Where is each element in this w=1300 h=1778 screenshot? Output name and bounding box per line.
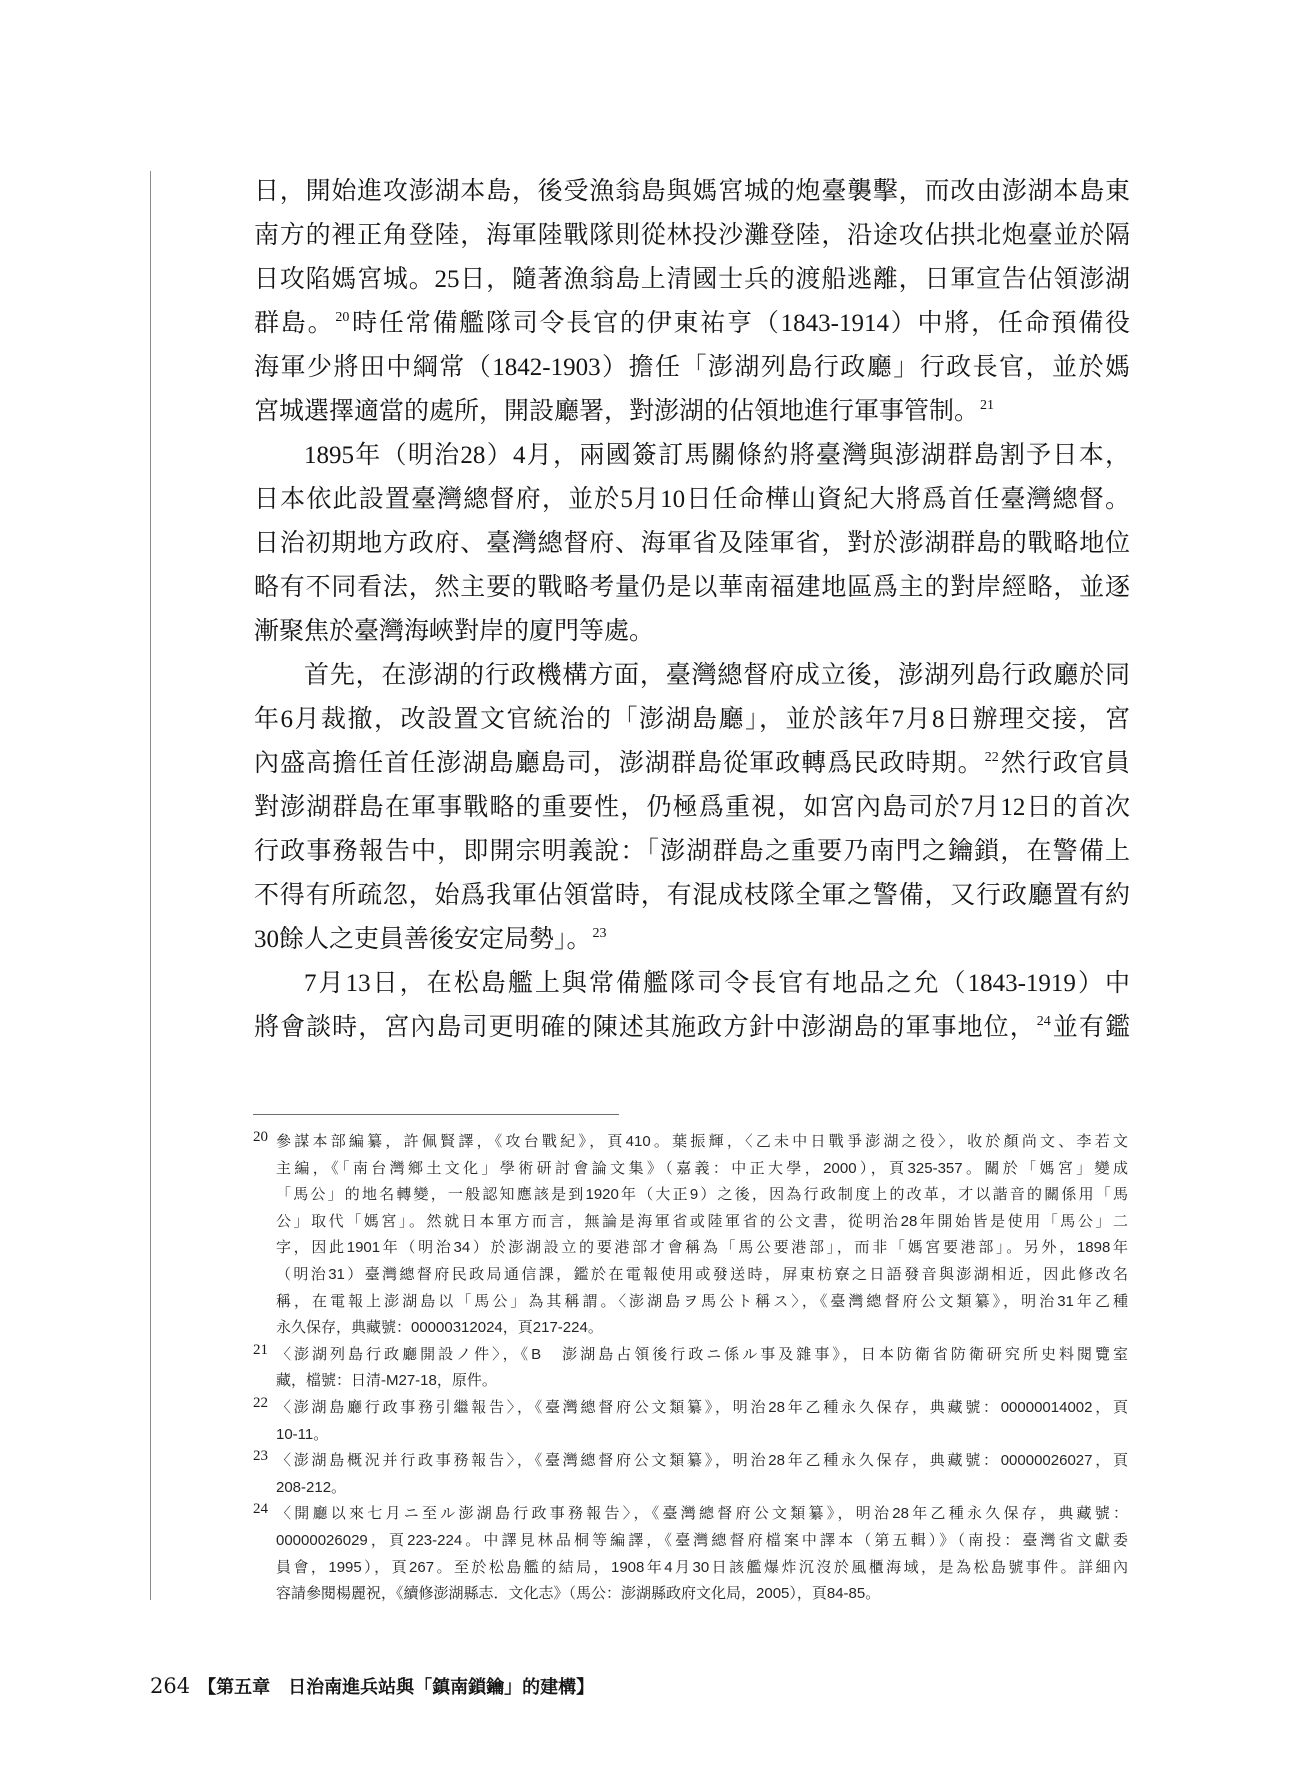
paragraph: 1895年（明治28）4月，兩國簽訂馬關條約將臺灣與澎湖群島割予日本， 日本依此…: [254, 434, 1130, 654]
body-line: 宮城選擇適當的處所，開設廳署，對澎湖的佔領地進行軍事管制。21: [254, 390, 1130, 434]
footnotes: 20 參謀本部編纂，許佩賢譯，《攻台戰紀》，頁410。葉振輝，〈乙未中日戰爭澎湖…: [253, 1129, 1130, 1608]
footnote-line: 參謀本部編纂，許佩賢譯，《攻台戰紀》，頁410。葉振輝，〈乙未中日戰爭澎湖之役〉…: [276, 1129, 1128, 1156]
paragraph: 首先，在澎湖的行政機構方面，臺灣總督府成立後，澎湖列島行政廳於同 年6月裁撤，改…: [254, 654, 1130, 962]
footnote-line: 稱，在電報上澎湖島以「馬公」為其稱謂。〈澎湖島ヲ馬公ト稱ス〉，《臺灣總督府公文類…: [276, 1289, 1128, 1316]
footnote-ref: 23: [593, 926, 607, 941]
footnote-line: 主編，《「南台灣鄉土文化」學術研討會論文集》（嘉義：中正大學，2000），頁32…: [276, 1156, 1128, 1183]
body-line: 海軍少將田中綱常（1842-1903）擔任「澎湖列島行政廳」行政長官，並於媽: [254, 346, 1130, 390]
footnote-text: 〈澎湖列島行政廳開設ノ件〉，《B 澎湖島占領後行政ニ係ル事及雜事》，日本防衛省防…: [276, 1342, 1128, 1395]
body-line: 行政事務報告中，即開宗明義說：「澎湖群島之重要乃南門之鑰鎖，在警備上: [254, 830, 1130, 874]
footnote-text: 〈開廳以來七月ニ至ル澎湖島行政事務報告〉，《臺灣總督府公文類纂》，明治28年乙種…: [276, 1501, 1128, 1607]
body-line: 1895年（明治28）4月，兩國簽訂馬關條約將臺灣與澎湖群島割予日本，: [254, 434, 1130, 478]
line-text: 將會談時，宮內島司更明確的陳述其施政方針中澎湖島的軍事地位，: [254, 1014, 1036, 1041]
footnote-number: 22: [253, 1390, 276, 1417]
footnote-text: 參謀本部編纂，許佩賢譯，《攻台戰紀》，頁410。葉振輝，〈乙未中日戰爭澎湖之役〉…: [276, 1129, 1128, 1342]
running-title: 【第五章 日治南進兵站與「鎮南鎖鑰」的建構】: [198, 1677, 594, 1697]
body-line: 略有不同看法，然主要的戰略考量仍是以華南福建地區爲主的對岸經略，並逐: [254, 566, 1130, 610]
footnote-number: 21: [253, 1337, 276, 1364]
footnote-line: 永久保存，典藏號：00000312024，頁217-224。: [276, 1315, 1128, 1342]
footnote-ref: 22: [985, 750, 999, 765]
body-line: 漸聚焦於臺灣海峽對岸的廈門等處。: [254, 610, 1130, 654]
body-line: 日，開始進攻澎湖本島，後受漁翁島與媽宮城的炮臺襲擊，而改由澎湖本島東: [254, 170, 1130, 214]
footnote-line: 〈澎湖島廳行政事務引繼報告〉，《臺灣總督府公文類纂》，明治28年乙種永久保存，典…: [276, 1395, 1128, 1422]
body-line: 不得有所疏忽，始爲我軍佔領當時，有混成枝隊全軍之警備，又行政廳置有約: [254, 874, 1130, 918]
body-line: 7月13日，在松島艦上與常備艦隊司令長官有地品之允（1843-1919）中: [254, 962, 1130, 1006]
paragraph: 日，開始進攻澎湖本島，後受漁翁島與媽宮城的炮臺襲擊，而改由澎湖本島東 南方的裡正…: [254, 170, 1130, 434]
footnote: 20 參謀本部編纂，許佩賢譯，《攻台戰紀》，頁410。葉振輝，〈乙未中日戰爭澎湖…: [253, 1129, 1130, 1342]
line-text: 然行政官員: [1000, 750, 1130, 777]
footnote-line: 員會，1995），頁267。至於松島艦的結局，1908年4月30日該艦爆炸沉沒於…: [276, 1555, 1128, 1582]
margin-rule: [150, 171, 151, 1600]
line-text: 內盛高擔任首任澎湖島廳島司，澎湖群島從軍政轉爲民政時期。: [254, 750, 984, 777]
footnote-line: 「馬公」的地名轉變，一般認知應該是到1920年（大正9）之後，因為行政制度上的改…: [276, 1182, 1128, 1209]
page-footer: 264【第五章 日治南進兵站與「鎮南鎖鑰」的建構】: [150, 1671, 594, 1701]
line-text: 30餘人之吏員善後安定局勢」。: [254, 926, 592, 953]
body-line: 首先，在澎湖的行政機構方面，臺灣總督府成立後，澎湖列島行政廳於同: [254, 654, 1130, 698]
footnote-line: （明治31）臺灣總督府民政局通信課，鑑於在電報使用或發送時，屏東枋寮之日語發音與…: [276, 1262, 1128, 1289]
footnote-line: 〈澎湖島概況并行政事務報告〉，《臺灣總督府公文類纂》，明治28年乙種永久保存，典…: [276, 1448, 1128, 1475]
footnote-ref: 21: [980, 398, 994, 413]
body-line: 日攻陷媽宮城。25日，隨著漁翁島上清國士兵的渡船逃離，日軍宣告佔領澎湖: [254, 258, 1130, 302]
line-text: 並有鑑: [1052, 1014, 1130, 1041]
footnote: 22 〈澎湖島廳行政事務引繼報告〉，《臺灣總督府公文類纂》，明治28年乙種永久保…: [253, 1395, 1130, 1448]
footnote: 23 〈澎湖島概況并行政事務報告〉，《臺灣總督府公文類纂》，明治28年乙種永久保…: [253, 1448, 1130, 1501]
footnote: 21 〈澎湖列島行政廳開設ノ件〉，《B 澎湖島占領後行政ニ係ル事及雜事》，日本防…: [253, 1342, 1130, 1395]
footnote-ref: 20: [335, 310, 349, 325]
footnote-line: 〈開廳以來七月ニ至ル澎湖島行政事務報告〉，《臺灣總督府公文類纂》，明治28年乙種…: [276, 1501, 1128, 1528]
footnote: 24 〈開廳以來七月ニ至ル澎湖島行政事務報告〉，《臺灣總督府公文類纂》，明治28…: [253, 1501, 1130, 1607]
line-text: 宮城選擇適當的處所，開設廳署，對澎湖的佔領地進行軍事管制。: [254, 398, 979, 425]
footnote-line: 字，因此1901年（明治34）於澎湖設立的要港部才會稱為「馬公要港部」，而非「媽…: [276, 1235, 1128, 1262]
footnote-ref: 24: [1037, 1014, 1051, 1029]
footnote-line: 208-212。: [276, 1475, 1128, 1502]
footnote-text: 〈澎湖島概況并行政事務報告〉，《臺灣總督府公文類纂》，明治28年乙種永久保存，典…: [276, 1448, 1128, 1501]
line-text: 群島。: [254, 310, 334, 337]
footnote-line: 藏，檔號：日清-M27-18，原件。: [276, 1368, 1128, 1395]
line-text: 時任常備艦隊司令長官的伊東祐亨（1843-1914）中將，任命預備役: [350, 310, 1130, 337]
body-line: 將會談時，宮內島司更明確的陳述其施政方針中澎湖島的軍事地位，24並有鑑: [254, 1006, 1130, 1050]
footnote-line: 公」取代「媽宮」。然就日本軍方而言，無論是海軍省或陸軍省的公文書，從明治28年開…: [276, 1209, 1128, 1236]
footnote-line: 00000026029，頁223-224。中譯見林品桐等編譯，《臺灣總督府檔案中…: [276, 1528, 1128, 1555]
footnote-line: 〈澎湖列島行政廳開設ノ件〉，《B 澎湖島占領後行政ニ係ル事及雜事》，日本防衛省防…: [276, 1342, 1128, 1369]
body-line: 內盛高擔任首任澎湖島廳島司，澎湖群島從軍政轉爲民政時期。22然行政官員: [254, 742, 1130, 786]
body-line: 30餘人之吏員善後安定局勢」。23: [254, 918, 1130, 962]
footnote-number: 23: [253, 1443, 276, 1470]
body-line: 南方的裡正角登陸，海軍陸戰隊則從林投沙灘登陸，沿途攻佔拱北炮臺並於隔: [254, 214, 1130, 258]
body-line: 年6月裁撤，改設置文官統治的「澎湖島廳」，並於該年7月8日辦理交接，宮: [254, 698, 1130, 742]
footnote-divider: [253, 1114, 619, 1115]
footnote-line: 10-11。: [276, 1422, 1128, 1449]
footnote-number: 20: [253, 1124, 276, 1151]
body-line: 對澎湖群島在軍事戰略的重要性，仍極爲重視，如宮內島司於7月12日的首次: [254, 786, 1130, 830]
book-page: 日，開始進攻澎湖本島，後受漁翁島與媽宮城的炮臺襲擊，而改由澎湖本島東 南方的裡正…: [0, 0, 1300, 1778]
body-line: 日本依此設置臺灣總督府，並於5月10日任命樺山資紀大將爲首任臺灣總督。: [254, 478, 1130, 522]
paragraph: 7月13日，在松島艦上與常備艦隊司令長官有地品之允（1843-1919）中 將會…: [254, 962, 1130, 1050]
footnote-line: 容請參閱楊麗祝，《續修澎湖縣志．文化志》（馬公：澎湖縣政府文化局，2005），頁…: [276, 1581, 1128, 1608]
footnote-text: 〈澎湖島廳行政事務引繼報告〉，《臺灣總督府公文類纂》，明治28年乙種永久保存，典…: [276, 1395, 1128, 1448]
footnote-number: 24: [253, 1496, 276, 1523]
page-number: 264: [150, 1674, 190, 1698]
body-line: 群島。20時任常備艦隊司令長官的伊東祐亨（1843-1914）中將，任命預備役: [254, 302, 1130, 346]
body-line: 日治初期地方政府、臺灣總督府、海軍省及陸軍省，對於澎湖群島的戰略地位: [254, 522, 1130, 566]
body-text: 日，開始進攻澎湖本島，後受漁翁島與媽宮城的炮臺襲擊，而改由澎湖本島東 南方的裡正…: [254, 170, 1130, 1050]
